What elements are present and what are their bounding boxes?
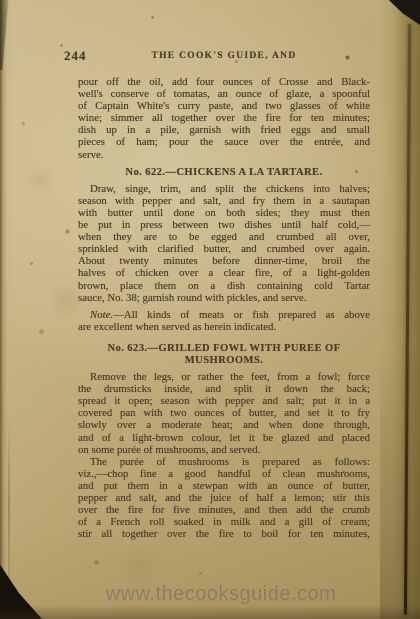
text-line: on some purée of mushrooms, and served.: [78, 444, 370, 456]
book-edge-shadow: [380, 0, 420, 619]
text-line: The purée of mushrooms is prepared as fo…: [78, 456, 370, 468]
recipe-623-body-paragraph2: The purée of mushrooms is prepared as fo…: [78, 456, 370, 541]
recipe-623-heading-line1: No. 623.—GRILLED FOWL WITH PUREE OF: [78, 343, 370, 355]
text-line: season with pepper and salt, and fry the…: [78, 195, 370, 207]
page-text-block: pour off the oil, add four ounces of Cro…: [78, 76, 370, 540]
recipe-622-note: Note.—All kinds of meats or fish prepare…: [78, 309, 370, 333]
text-line: covered pan with two ounces of butter, a…: [78, 407, 370, 419]
intro-paragraph: pour off the oil, add four ounces of Cro…: [78, 76, 370, 161]
text-line: when they are to be egged and crumbed al…: [78, 231, 370, 243]
text-line: viz.,—chop fine a good handful of clean …: [78, 468, 370, 480]
text-line: sauce, No. 38; garnish round with pickle…: [78, 292, 370, 304]
text-line: wine; simmer all together over the fire …: [78, 112, 370, 124]
running-header: THE COOK'S GUIDE, AND: [78, 51, 370, 61]
note-first-line-text: —All kinds of meats or fish prepared as …: [113, 309, 370, 321]
text-line: and of a light-brown colour, let it be g…: [78, 432, 370, 444]
text-line: spread it open; season with pepper and s…: [78, 395, 370, 407]
text-line: sprinkled with clarified butter, and cru…: [78, 243, 370, 255]
text-line: slowly over a moderate heat; and when do…: [78, 419, 370, 431]
recipe-622-body: Draw, singe, trim, and split the chicken…: [78, 183, 370, 304]
text-line: pepper and salt, and the juice of half a…: [78, 492, 370, 504]
text-line: of Captain White's curry paste, and two …: [78, 100, 370, 112]
bottom-edge-shadow: [0, 605, 420, 619]
watermark: www.thecooksguide.com: [22, 583, 420, 606]
text-line: well's conserve of tomatas, an ounce of …: [78, 88, 370, 100]
text-line: over the fire for five minutes, and then…: [78, 504, 370, 516]
text-line: and put them in a stewpan with an ounce …: [78, 480, 370, 492]
note-label: Note.: [90, 309, 113, 321]
recipe-623-heading: No. 623.—GRILLED FOWL WITH PUREE OF MUSH…: [78, 343, 370, 367]
text-line: the drumsticks inside, and split it down…: [78, 383, 370, 395]
recipe-622-heading: No. 622.—CHICKENS A LA TARTARE.: [78, 167, 370, 179]
note-first-line: Note.—All kinds of meats or fish prepare…: [78, 309, 370, 321]
text-line: Draw, singe, trim, and split the chicken…: [78, 183, 370, 195]
scanned-book-photo: 244 THE COOK'S GUIDE, AND pour off the o…: [0, 0, 420, 619]
recipe-623-body-paragraph1: Remove the legs, or rather the feet, fro…: [78, 371, 370, 456]
text-line: About twenty minutes before dinner-time,…: [78, 255, 370, 267]
text-line: halves of chicken over a clear fire, of …: [78, 267, 370, 279]
text-line: stir all together over the fire to boil …: [78, 528, 370, 540]
page-edge-line: [8, 420, 10, 589]
text-line: brown, place them on a dish containing c…: [78, 280, 370, 292]
text-line: pieces of ham; pour the sauce over the e…: [78, 136, 370, 148]
text-line: Remove the legs, or rather the feet, fro…: [78, 371, 370, 383]
book-gutter-edge: [0, 0, 12, 619]
text-line: serve.: [78, 149, 370, 161]
recipe-623-heading-line2: MUSHROOMS.: [78, 355, 370, 367]
text-line: be put in press between two dishes until…: [78, 219, 370, 231]
text-line: dish up in a pile, garnish with fried eg…: [78, 124, 370, 136]
text-line: of a French roll soaked in milk and a gi…: [78, 516, 370, 528]
text-line: pour off the oil, add four ounces of Cro…: [78, 76, 370, 88]
note-second-line: are excellent when served as herein indi…: [78, 321, 370, 333]
text-line: with butter until done on both sides; th…: [78, 207, 370, 219]
